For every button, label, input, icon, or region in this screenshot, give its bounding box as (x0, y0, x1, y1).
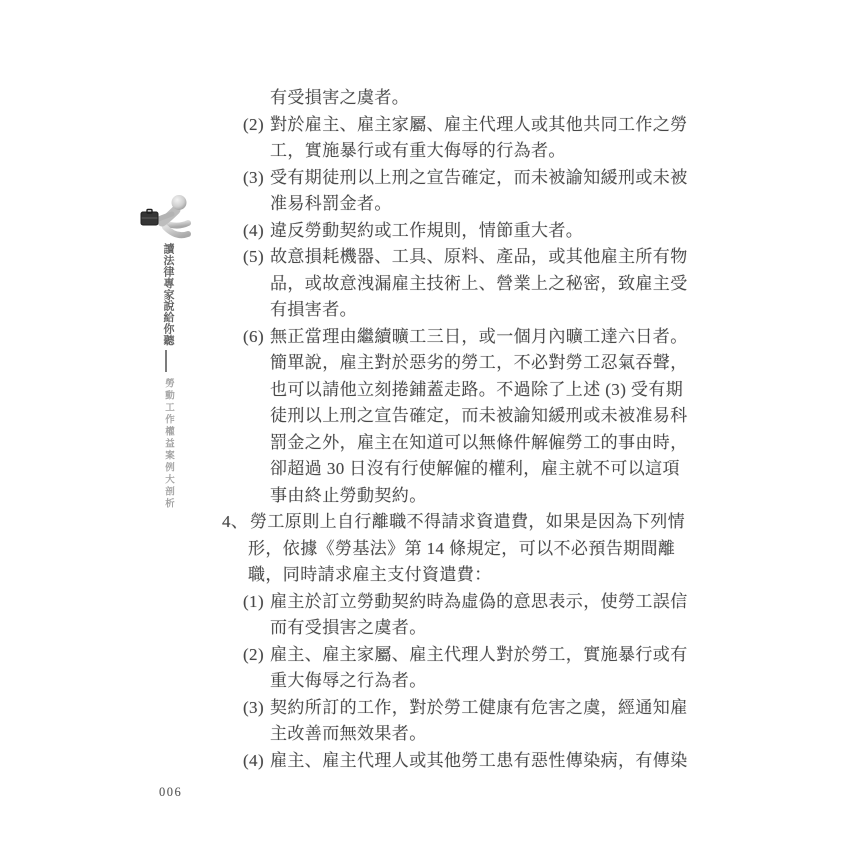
line-text: 違反勞動契約或工作規則，情節重大者。 (270, 221, 583, 240)
line-text: 也可以請他立刻捲鋪蓋走路。不過除了上述 (3) 受有期 (270, 380, 683, 399)
text-line: (3)受有期徒刑以上刑之宣告確定，而未被諭知緩刑或未被 (222, 165, 767, 192)
line-text: 故意損耗機器、工具、原料、產品，或其他雇主所有物 (270, 247, 688, 266)
list-marker: (1) (243, 589, 270, 616)
line-text: 契約所訂的工作，對於勞工健康有危害之虞，經通知雇 (270, 698, 688, 717)
line-text: 勞工原則上自行離職不得請求資遣費，如果是因為下列情 (250, 512, 685, 531)
text-line: 4、勞工原則上自行離職不得請求資遣費，如果是因為下列情 (222, 509, 767, 536)
line-text: 形，依據《勞基法》第 14 條規定，可以不必預告期間離 (248, 539, 675, 558)
list-marker: (6) (243, 324, 270, 351)
book-subtitle-vertical: 勞動工作權益案例大剖析 (161, 378, 175, 510)
book-page: 讀法律專家說給你聽 勞動工作權益案例大剖析 有受損害之虞者。(2)對於雇主、雇主… (0, 0, 850, 850)
line-text: 職，同時請求雇主支付資遣費： (248, 565, 492, 584)
text-line: (1)雇主於訂立勞動契約時為虛偽的意思表示，使勞工誤信 (222, 589, 767, 616)
text-line: 准易科罰金者。 (222, 191, 767, 218)
line-text: 罰金之外，雇主在知道可以無條件解僱勞工的事由時， (270, 433, 688, 452)
line-text: 無正當理由繼續曠工三日，或一個月內曠工達六日者。 (270, 327, 688, 346)
text-line: 也可以請他立刻捲鋪蓋走路。不過除了上述 (3) 受有期 (222, 377, 767, 404)
line-text: 事由終止勞動契約。 (270, 486, 427, 505)
text-line: 形，依據《勞基法》第 14 條規定，可以不必預告期間離 (222, 536, 767, 563)
line-text: 雇主於訂立勞動契約時為虛偽的意思表示，使勞工誤信 (270, 592, 688, 611)
line-text: 卻超過 30 日沒有行使解僱的權利，雇主就不可以這項 (270, 459, 680, 478)
text-line: (3)契約所訂的工作，對於勞工健康有危害之虞，經通知雇 (222, 695, 767, 722)
text-line: 事由終止勞動契約。 (222, 483, 767, 510)
page-number: 006 (159, 785, 182, 800)
text-line: 工，實施暴行或有重大侮辱的行為者。 (222, 138, 767, 165)
line-text: 簡單說，雇主對於惡劣的勞工，不必對勞工忍氣吞聲， (270, 353, 688, 372)
book-title-vertical: 讀法律專家說給你聽 (160, 243, 176, 346)
line-text: 雇主、雇主代理人或其他勞工患有惡性傳染病，有傳染 (270, 751, 688, 770)
line-text: 主改善而無效果者。 (270, 724, 427, 743)
text-line: (6)無正當理由繼續曠工三日，或一個月內曠工達六日者。 (222, 324, 767, 351)
text-line: 罰金之外，雇主在知道可以無條件解僱勞工的事由時， (222, 430, 767, 457)
text-line: (4)違反勞動契約或工作規則，情節重大者。 (222, 218, 767, 245)
list-marker: 4、 (222, 509, 250, 536)
list-marker: (3) (243, 695, 270, 722)
line-text: 重大侮辱之行為者。 (270, 671, 427, 690)
text-line: 品，或故意洩漏雇主技術上、營業上之秘密，致雇主受 (222, 271, 767, 298)
text-line: 而有受損害之虞者。 (222, 615, 767, 642)
text-line: 簡單說，雇主對於惡劣的勞工，不必對勞工忍氣吞聲， (222, 350, 767, 377)
line-text: 品，或故意洩漏雇主技術上、營業上之秘密，致雇主受 (270, 274, 688, 293)
list-marker: (2) (243, 112, 270, 139)
text-line: (5)故意損耗機器、工具、原料、產品，或其他雇主所有物 (222, 244, 767, 271)
body-text: 有受損害之虞者。(2)對於雇主、雇主家屬、雇主代理人或其他共同工作之勞工，實施暴… (222, 85, 767, 774)
text-line: 主改善而無效果者。 (222, 721, 767, 748)
list-marker: (4) (243, 748, 270, 775)
text-line: 徒刑以上刑之宣告確定，而未被諭知緩刑或未被准易科 (222, 403, 767, 430)
text-line: (2)對於雇主、雇主家屬、雇主代理人或其他共同工作之勞 (222, 112, 767, 139)
line-text: 對於雇主、雇主家屬、雇主代理人或其他共同工作之勞 (270, 115, 688, 134)
line-text: 受有期徒刑以上刑之宣告確定，而未被諭知緩刑或未被 (270, 168, 688, 187)
text-line: 職，同時請求雇主支付資遣費： (222, 562, 767, 589)
line-text: 有損害者。 (270, 300, 357, 319)
line-text: 有受損害之虞者。 (270, 88, 409, 107)
title-dash-separator (165, 350, 167, 372)
line-text: 工，實施暴行或有重大侮辱的行為者。 (270, 141, 566, 160)
list-marker: (3) (243, 165, 270, 192)
list-marker: (2) (243, 642, 270, 669)
text-line: 有受損害之虞者。 (222, 85, 767, 112)
line-text: 准易科罰金者。 (270, 194, 392, 213)
list-marker: (4) (243, 218, 270, 245)
text-line: (4)雇主、雇主代理人或其他勞工患有惡性傳染病，有傳染 (222, 748, 767, 775)
text-line: 卻超過 30 日沒有行使解僱的權利，雇主就不可以這項 (222, 456, 767, 483)
line-text: 而有受損害之虞者。 (270, 618, 427, 637)
text-line: 重大侮辱之行為者。 (222, 668, 767, 695)
line-text: 徒刑以上刑之宣告確定，而未被諭知緩刑或未被准易科 (270, 406, 688, 425)
text-line: (2)雇主、雇主家屬、雇主代理人對於勞工，實施暴行或有 (222, 642, 767, 669)
line-text: 雇主、雇主家屬、雇主代理人對於勞工，實施暴行或有 (270, 645, 688, 664)
list-marker: (5) (243, 244, 270, 271)
text-line: 有損害者。 (222, 297, 767, 324)
